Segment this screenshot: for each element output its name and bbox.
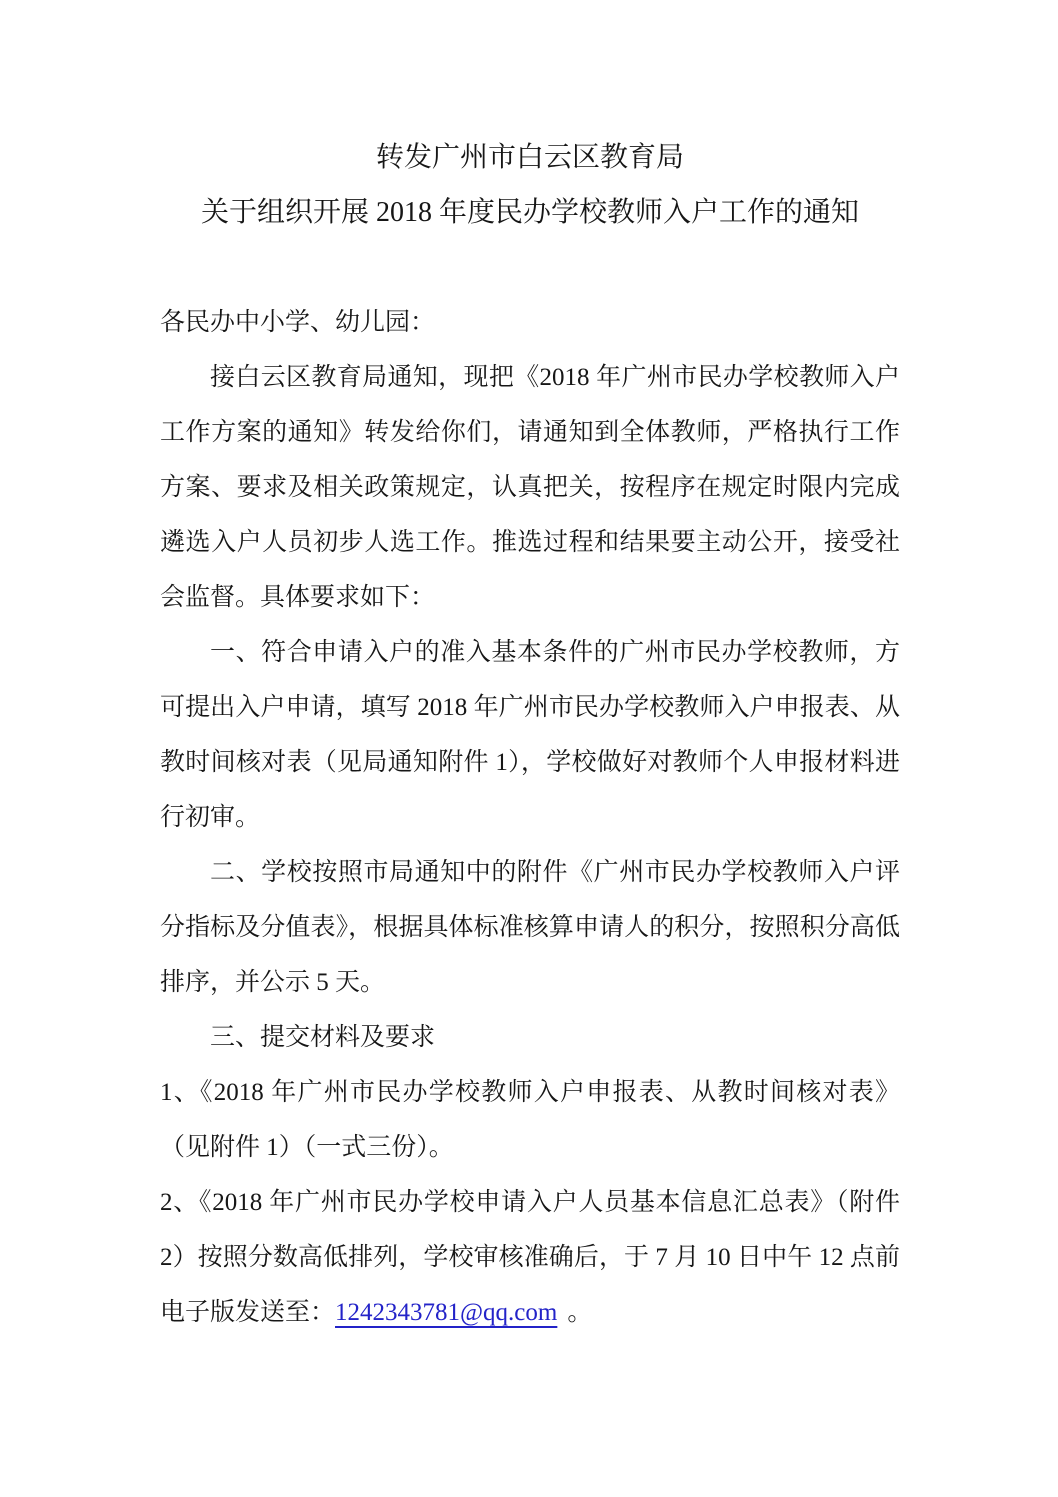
salutation-line: 各民办中小学、幼儿园：: [160, 295, 900, 350]
title-line-2: 关于组织开展 2018 年度民办学校教师入户工作的通知: [160, 185, 900, 240]
document-title: 转发广州市白云区教育局 关于组织开展 2018 年度民办学校教师入户工作的通知: [160, 130, 900, 240]
title-line-1: 转发广州市白云区教育局: [160, 130, 900, 185]
document-body: 各民办中小学、幼儿园： 接白云区教育局通知，现把《2018 年广州市民办学校教师…: [160, 295, 900, 1340]
paragraph-item-three-heading: 三、提交材料及要求: [160, 1010, 900, 1065]
paragraph-item-one: 一、符合申请入户的准入基本条件的广州市民办学校教师，方可提出入户申请，填写 20…: [160, 625, 900, 845]
document-page: 转发广州市白云区教育局 关于组织开展 2018 年度民办学校教师入户工作的通知 …: [0, 0, 1058, 1497]
paragraph-item-two: 二、学校按照市局通知中的附件《广州市民办学校教师入户评分指标及分值表》，根据具体…: [160, 845, 900, 1010]
material-item-1: 1、《2018 年广州市民办学校教师入户申报表、从教时间核对表》（见附件 1）（…: [160, 1065, 900, 1175]
email-link[interactable]: 1242343781@qq.com: [335, 1299, 567, 1326]
material-item-2: 2、《2018 年广州市民办学校申请入户人员基本信息汇总表》（附件 2）按照分数…: [160, 1175, 900, 1340]
paragraph-intro: 接白云区教育局通知，现把《2018 年广州市民办学校教师入户工作方案的通知》转发…: [160, 350, 900, 625]
material-item-2-suffix: 。: [567, 1299, 592, 1326]
